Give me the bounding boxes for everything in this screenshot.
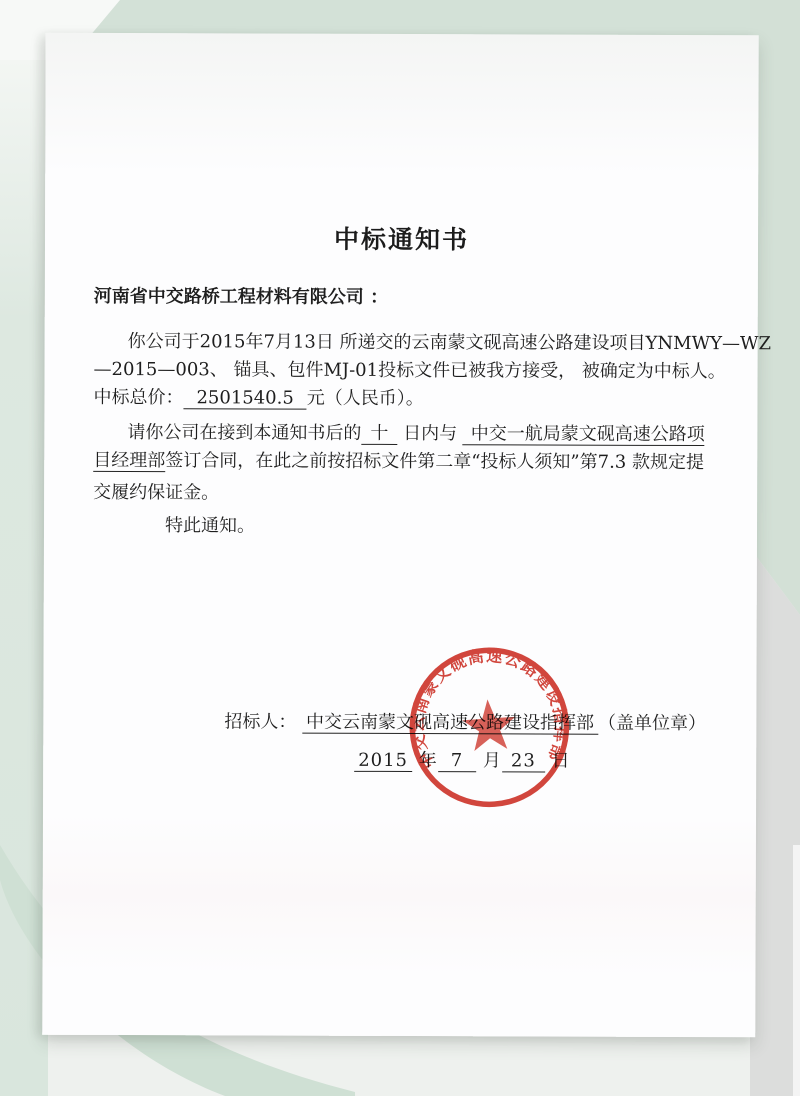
signature-suffix: （盖单位章） <box>598 713 706 734</box>
scanned-page: 中标通知书 河南省中交路桥工程材料有限公司 ： 你公司于2015年7月13日 所… <box>0 0 800 1096</box>
right-edge-sliver <box>793 845 800 1096</box>
right-grey-strip <box>750 548 800 1096</box>
seal-star-icon <box>461 698 517 752</box>
body-paragraph2-line3: 交履约保证金。 <box>93 479 725 509</box>
para2-rest: 签订合同，在此之前按招标文件第二章“投标人须知”第7.3 款规定提 <box>165 450 704 473</box>
document-title: 中标通知书 <box>45 219 758 257</box>
body-paragraph2-line1: 请你公司在接到本通知书后的十 日内与 中交一航局蒙文砚高速公路项 <box>93 419 725 449</box>
price-value-underlined: 2501540.5 <box>183 387 306 409</box>
para2-name-continued-underlined: 目经理部 <box>93 450 165 472</box>
para2-mid: 日内与 <box>403 423 457 444</box>
para2-name-underlined: 中交一航局蒙文砚高速公路项 <box>463 423 705 446</box>
official-seal-stamp: 中交云南蒙文砚高速公路建设指挥部 <box>399 637 580 818</box>
body-paragraph1-line1: 你公司于2015年7月13日 所递交的云南蒙文砚高速公路建设项目YNMWY—WZ <box>94 328 726 358</box>
paper-document: 中标通知书 河南省中交路桥工程材料有限公司 ： 你公司于2015年7月13日 所… <box>42 33 758 1037</box>
recipient-line: 河南省中交路桥工程材料有限公司 ： <box>94 283 726 313</box>
closing-line: 特此通知。 <box>93 512 725 542</box>
signature-label: 招标人： <box>224 711 296 732</box>
price-suffix: 元（人民币）。 <box>307 388 424 409</box>
date-year-underlined: 2015 <box>354 750 412 772</box>
para2-pre: 请你公司在接到本通知书后的 <box>127 422 361 444</box>
body-paragraph2-line2: 目经理部签订合同，在此之前按招标文件第二章“投标人须知”第7.3 款规定提 <box>93 447 725 477</box>
price-label: 中标总价： <box>93 387 183 408</box>
price-line: 中标总价：2501540.5元（人民币）。 <box>93 384 725 414</box>
body-paragraph1-line2: —2015—003、 锚具、包件MJ-01投标文件已被我方接受， 被确定为中标人… <box>94 356 726 386</box>
para2-days-underlined: 十 <box>361 423 397 445</box>
